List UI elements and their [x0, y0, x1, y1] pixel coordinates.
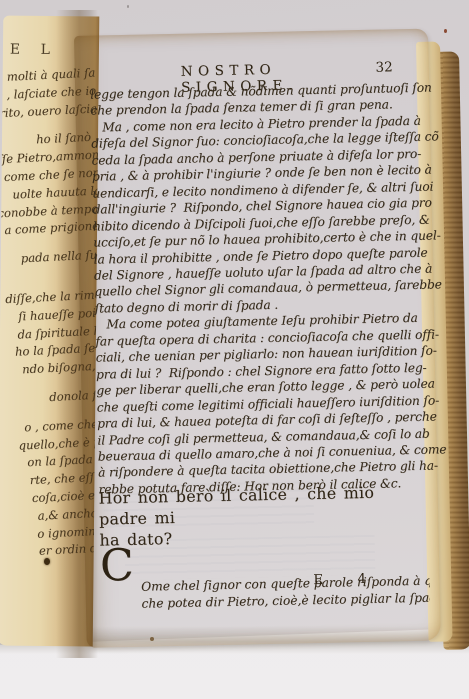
paper-speck: [150, 637, 154, 641]
dropcap-lines: Ome chel ſignor con queſte parole riſpon…: [141, 573, 430, 612]
body-text-column: legge tengon la ſpada & nõdimen quanti p…: [90, 80, 429, 498]
text-line: Hor non berò il calice , che mio padre m…: [98, 481, 428, 530]
gathering-signature: E 4: [313, 571, 381, 588]
book-photo-scene: E L molti à quali ſaoè , laſciate che io…: [0, 0, 469, 699]
page-number: 32: [375, 59, 393, 75]
dust-speck: [127, 5, 129, 8]
wormhole-speck: [44, 558, 50, 565]
left-running-header: E L: [10, 42, 58, 59]
right-page: NOSTRO SIGNORE. 32 legge tengon la ſpada…: [74, 29, 441, 648]
drop-cap-initial: C: [100, 549, 134, 583]
paper-speck: [444, 29, 447, 33]
